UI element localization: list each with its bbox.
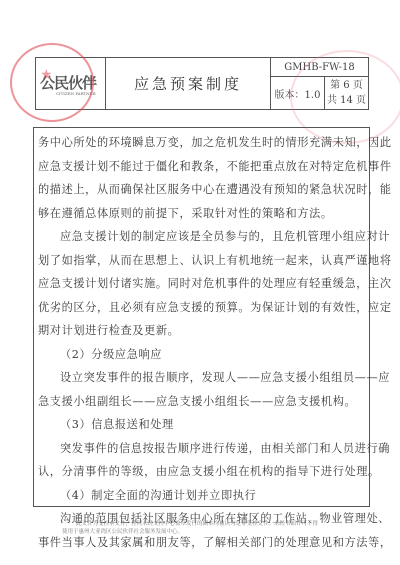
section-heading: （2）分级应急响应: [38, 343, 365, 367]
seal-star-icon: ★: [40, 67, 53, 83]
section-heading: （3）信息报送和处理: [38, 413, 365, 437]
body-text-line: 优劣的区分，且必须有应急支援的预算。为保证计划的有效性，应定: [38, 296, 365, 320]
red-seal-stamp-icon: ★: [10, 43, 94, 122]
section-heading: （4）制定全面的沟通计划并立即执行: [38, 484, 365, 508]
body-text-line: 务中心所处的环境瞬息万变，加之危机发生时的情形充满未知，因此: [38, 131, 365, 155]
body-text-line: 划了如指掌，从而在思想上、认识上有机地统一起来，认真严谨地将: [38, 249, 365, 273]
body-text-line: 应急支援计划的制定应该是全员参与的，且危机管理小组应对计: [38, 225, 365, 249]
body-text-line: 期对计划进行检查及更新。: [38, 319, 365, 343]
body-text-line: 设立突发事件的报告顺序，发现人——应急支援小组组员——应: [38, 366, 365, 390]
body-text-line: 认，分清事件的等级，由应急支援小组在机构的指导下进行处理。: [38, 460, 365, 484]
document-body: 务中心所处的环境瞬息万变，加之危机发生时的情形充满未知，因此应急支援计划不能过于…: [33, 127, 370, 507]
body-text-line: 急支援小组副组长——应急支援小组组长——应急支援机构。: [38, 390, 365, 414]
footer-line-1: 此文件为受控本文件，任何未经文控中心盖章发行的副本均被认为是非受控文件。未经书面…: [62, 520, 362, 528]
footer-line-2: 使用于惠州大亚湾区公民伙伴社会服务发展中心。: [62, 528, 362, 536]
body-text-line: 应急支援计划付诸实施。同时对危机事件的处理应有轻重缓急，主次: [38, 272, 365, 296]
document-footer-notice: 此文件为受控本文件，任何未经文控中心盖章发行的副本均被认为是非受控文件。未经书面…: [62, 520, 362, 536]
body-text-line: 的描述上，从而确保社区服务中心在遭遇没有预知的紧急状况时，能: [38, 178, 365, 202]
body-text-line: 够在遵循总体原则的前提下，采取针对性的策略和方法。: [38, 202, 365, 226]
body-text-line: 突发事件的信息按报告顺序进行传递，由相关部门和人员进行确: [38, 437, 365, 461]
document-title: 应急预案制度: [106, 58, 271, 109]
body-text-line: 应急支援计划不能过于僵化和教条，不能把重点放在对特定危机事件: [38, 155, 365, 179]
